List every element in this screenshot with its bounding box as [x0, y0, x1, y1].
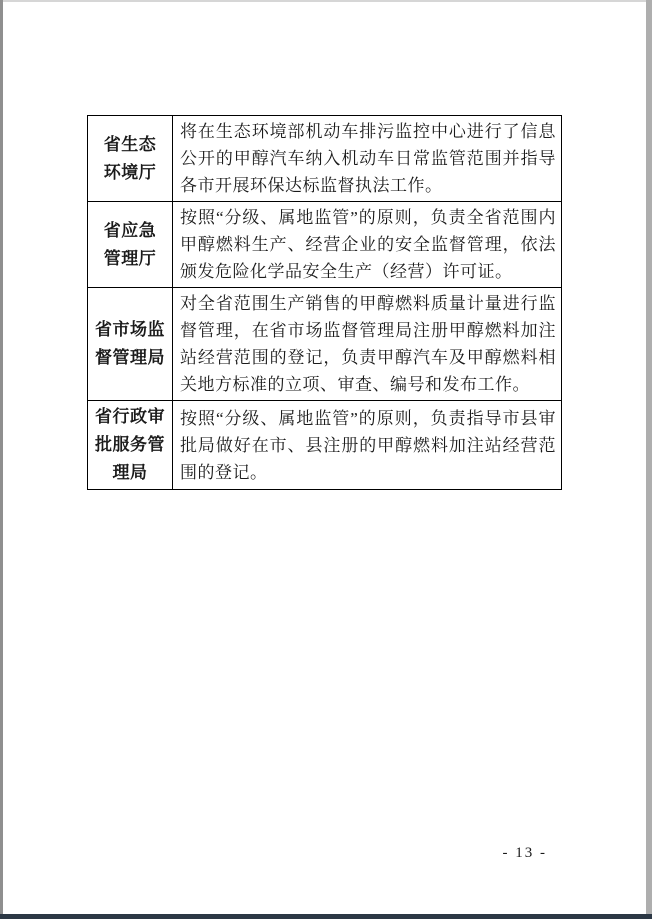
department-cell: 省生态 环境厅 [88, 116, 173, 202]
table-row: 省应急 管理厅 按照“分级、属地监管”的原则，负责全省范围内甲醇燃料生产、经营企… [88, 202, 562, 288]
page-edge-left [0, 0, 3, 919]
responsibility-cell: 按照“分级、属地监管”的原则，负责指导市县审批局做好在市、县注册的甲醇燃料加注站… [173, 401, 562, 490]
page-edge-top [0, 0, 652, 2]
responsibility-cell: 对全省范围生产销售的甲醇燃料质量计量进行监督管理，在省市场监督管理局注册甲醇燃料… [173, 288, 562, 401]
department-cell: 省行政审 批服务管 理局 [88, 401, 173, 490]
page-number: - 13 - [503, 845, 548, 862]
responsibility-cell: 将在生态环境部机动车排污监控中心进行了信息公开的甲醇汽车纳入机动车日常监管范围并… [173, 116, 562, 202]
responsibilities-table: 省生态 环境厅 将在生态环境部机动车排污监控中心进行了信息公开的甲醇汽车纳入机动… [87, 115, 562, 490]
department-cell: 省应急 管理厅 [88, 202, 173, 288]
viewer-bottom-bar [0, 914, 652, 919]
document-viewer: 省生态 环境厅 将在生态环境部机动车排污监控中心进行了信息公开的甲醇汽车纳入机动… [0, 0, 652, 919]
table-row: 省市场监 督管理局 对全省范围生产销售的甲醇燃料质量计量进行监督管理，在省市场监… [88, 288, 562, 401]
department-cell: 省市场监 督管理局 [88, 288, 173, 401]
responsibility-cell: 按照“分级、属地监管”的原则，负责全省范围内甲醇燃料生产、经营企业的安全监督管理… [173, 202, 562, 288]
table-row: 省行政审 批服务管 理局 按照“分级、属地监管”的原则，负责指导市县审批局做好在… [88, 401, 562, 490]
table-row: 省生态 环境厅 将在生态环境部机动车排污监控中心进行了信息公开的甲醇汽车纳入机动… [88, 116, 562, 202]
page-edge-right [646, 0, 652, 919]
